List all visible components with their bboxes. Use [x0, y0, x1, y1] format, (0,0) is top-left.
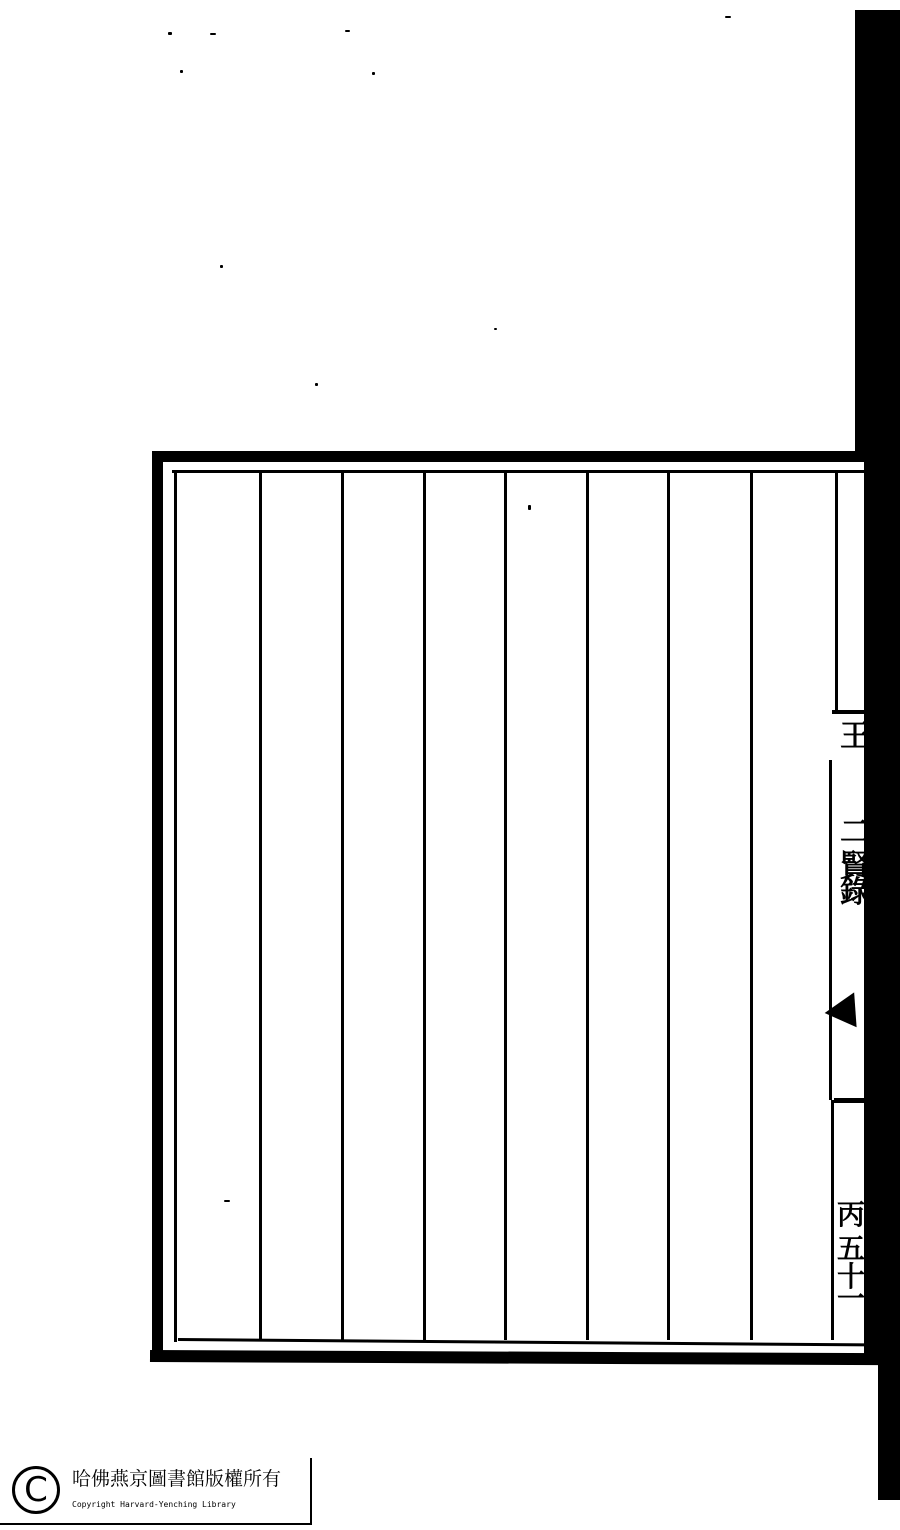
ink-speck [224, 1200, 230, 1202]
folio-digit: 一 [834, 1284, 868, 1314]
copyright-text-english: Copyright Harvard-Yenching Library [72, 1500, 236, 1509]
banxin-lower-divider [834, 1098, 872, 1103]
column-rule-banxin-middle [829, 760, 832, 1100]
ink-speck [494, 328, 497, 330]
outer-border-bottom [150, 1350, 880, 1365]
ink-speck [345, 30, 350, 32]
outer-border-left [152, 451, 163, 1359]
ink-speck [528, 505, 531, 510]
scan-edge-shadow-bottom [878, 1355, 900, 1500]
column-rule [259, 472, 262, 1340]
column-rule [586, 472, 589, 1340]
column-rule [750, 472, 753, 1340]
banxin-title-char: 二 [840, 818, 870, 848]
inner-border-left [174, 470, 177, 1342]
copyright-stamp: C 哈佛燕京圖書館版權所有 Copyright Harvard-Yenching… [0, 1458, 312, 1525]
ink-speck [180, 70, 183, 73]
column-rule-banxin-upper [835, 472, 838, 712]
copyright-icon: C [12, 1466, 60, 1514]
banxin-title-char: 錄 [840, 878, 870, 908]
ink-speck [831, 1320, 834, 1328]
banxin-upper-divider [832, 710, 872, 714]
column-rule [423, 472, 426, 1340]
scan-edge-shadow-top [855, 10, 900, 455]
column-rule [504, 472, 507, 1340]
ink-speck [220, 265, 223, 268]
scanned-page: 王 二 賢 錄 丙 五 十 一 C 哈佛燕京圖書館版權所有 Copyright … [0, 0, 900, 1530]
ink-speck [168, 32, 172, 35]
copyright-text-chinese: 哈佛燕京圖書館版權所有 [72, 1464, 281, 1491]
outer-border-top [152, 451, 864, 462]
ink-speck [315, 383, 318, 386]
ink-speck [725, 16, 731, 18]
volume-marker: 丙 [834, 1200, 868, 1230]
column-rule [341, 472, 344, 1340]
inner-border-bottom [178, 1338, 868, 1346]
ink-speck [372, 72, 375, 75]
ink-speck [210, 33, 216, 35]
inner-border-top [172, 470, 864, 473]
column-rule [667, 472, 670, 1340]
banxin-title-char: 王 [840, 722, 870, 752]
